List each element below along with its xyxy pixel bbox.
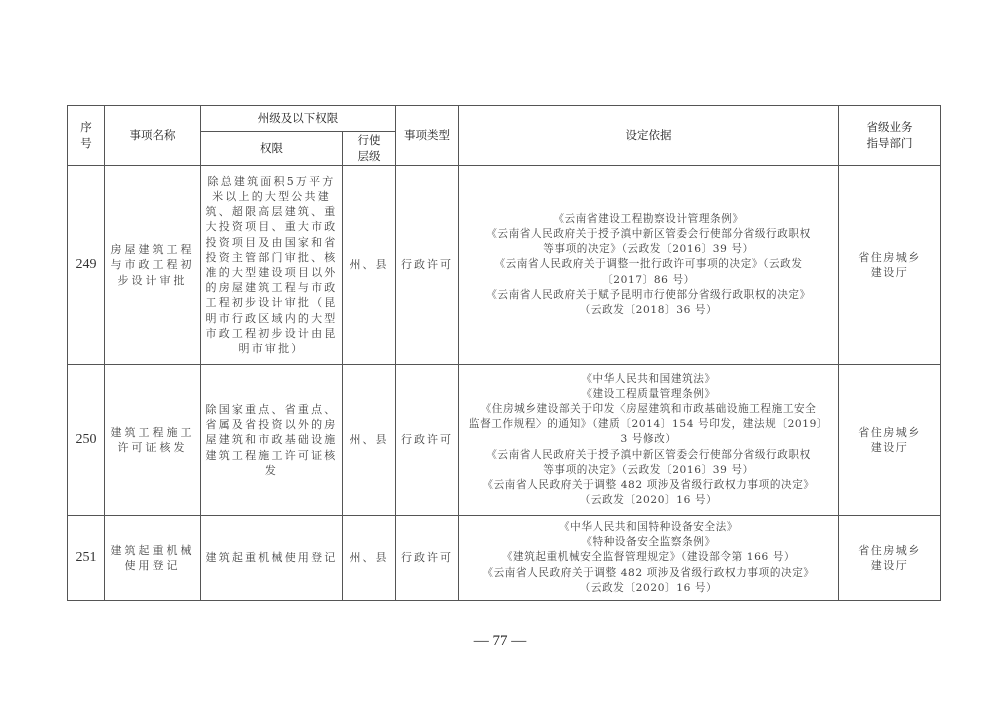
header-level: 行使 层级 (343, 132, 396, 166)
row-level: 州、县 (343, 166, 396, 365)
row-seq: 249 (68, 166, 105, 365)
row-dept: 省住房城乡 建设厅 (839, 516, 941, 601)
header-dept: 省级业务 指导部门 (839, 106, 941, 166)
row-name: 房屋建筑工程与市政工程初步设计审批 (105, 166, 201, 365)
row-scope: 建筑起重机械使用登记 (201, 516, 343, 601)
row-dept: 省住房城乡 建设厅 (839, 365, 941, 516)
row-name: 建筑工程施工许可证核发 (105, 365, 201, 516)
row-dept: 省住房城乡 建设厅 (839, 166, 941, 365)
table-row: 250 建筑工程施工许可证核发 除国家重点、省重点、省属及省投资以外的房屋建筑和… (68, 365, 941, 516)
row-name: 建筑起重机械使用登记 (105, 516, 201, 601)
header-type: 事项类型 (396, 106, 459, 166)
page-number: — 77 — (0, 633, 1000, 650)
row-scope: 除总建筑面积5万平方米以上的大型公共建筑、超限高层建筑、重大投资项目、重大市政投… (201, 166, 343, 365)
header-basis: 设定依据 (459, 106, 839, 166)
row-type: 行政许可 (396, 516, 459, 601)
row-basis: 《中华人民共和国特种设备安全法》 《特种设备安全监察条例》 《建筑起重机械安全监… (459, 516, 839, 601)
row-seq: 250 (68, 365, 105, 516)
row-scope: 除国家重点、省重点、省属及省投资以外的房屋建筑和市政基础设施建筑工程施工许可证核… (201, 365, 343, 516)
header-name: 事项名称 (105, 106, 201, 166)
table-row: 251 建筑起重机械使用登记 建筑起重机械使用登记 州、县 行政许可 《中华人民… (68, 516, 941, 601)
row-basis: 《云南省建设工程勘察设计管理条例》 《云南省人民政府关于授予滇中新区管委会行使部… (459, 166, 839, 365)
header-seq: 序 号 (68, 106, 105, 166)
table-row: 249 房屋建筑工程与市政工程初步设计审批 除总建筑面积5万平方米以上的大型公共… (68, 166, 941, 365)
header-group-prefecture-authority: 州级及以下权限 (201, 106, 396, 132)
header-scope: 权限 (201, 132, 343, 166)
row-type: 行政许可 (396, 166, 459, 365)
row-basis: 《中华人民共和国建筑法》 《建设工程质量管理条例》 《住房城乡建设部关于印发〈房… (459, 365, 839, 516)
row-type: 行政许可 (396, 365, 459, 516)
row-seq: 251 (68, 516, 105, 601)
row-level: 州、县 (343, 516, 396, 601)
row-level: 州、县 (343, 365, 396, 516)
permissions-table: 序 号 事项名称 州级及以下权限 事项类型 设定依据 省级业务 指导部门 权限 … (67, 105, 941, 601)
